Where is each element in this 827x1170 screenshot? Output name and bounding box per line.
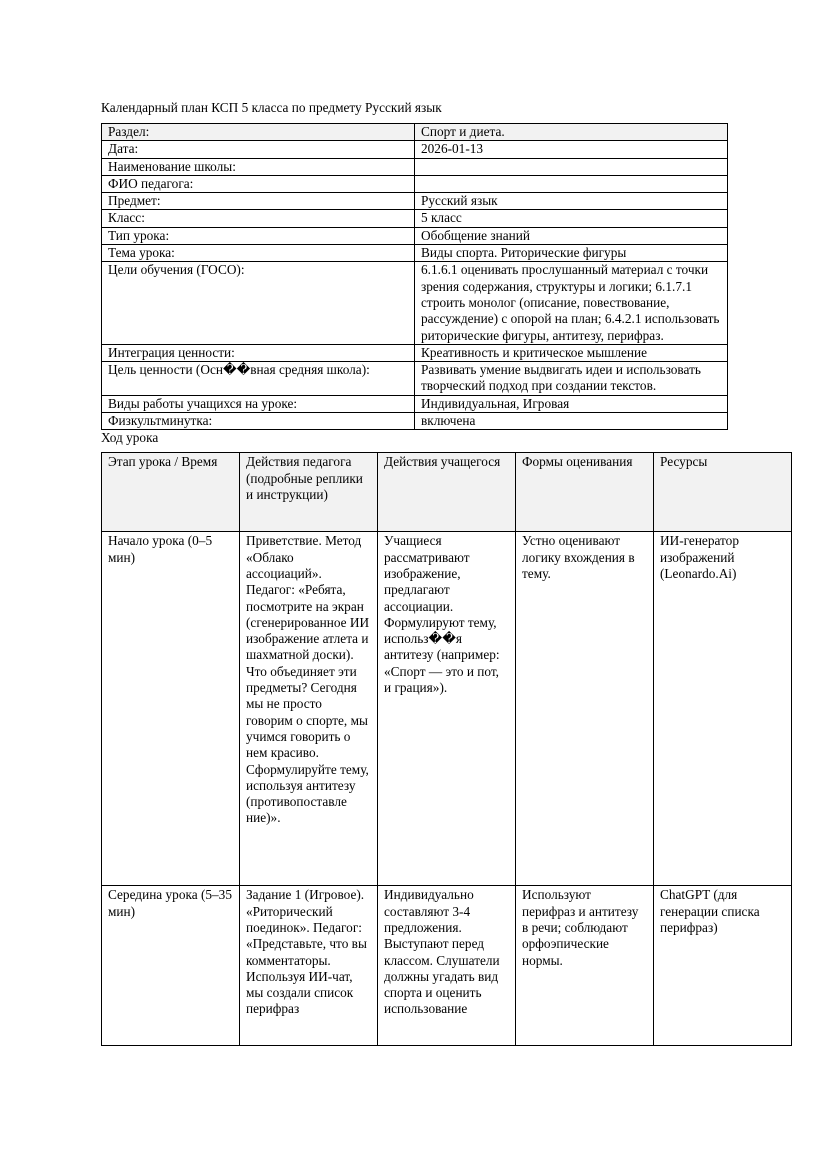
info-value bbox=[415, 175, 728, 192]
header-cell-stage: Этап урока / Время bbox=[102, 453, 240, 532]
cell-resources: ИИ-генератор изображений (Leonardo.Ai) bbox=[654, 532, 792, 886]
info-row: Предмет:Русский язык bbox=[102, 193, 728, 210]
info-row: Дата:2026-01-13 bbox=[102, 141, 728, 158]
info-value: Виды спорта. Риторические фигуры bbox=[415, 245, 728, 262]
cell-resources: ChatGPT (для генерации списка перифраз) bbox=[654, 886, 792, 1046]
info-row: Класс:5 класс bbox=[102, 210, 728, 227]
document-title: Календарный план КСП 5 класса по предмет… bbox=[101, 99, 728, 116]
info-row: Цель ценности (Осн��вная средняя школа):… bbox=[102, 362, 728, 396]
info-value: Креативность и критическое мышление bbox=[415, 344, 728, 361]
info-row: Тип урока:Обобщение знаний bbox=[102, 227, 728, 244]
info-label: Интеграция ценности: bbox=[102, 344, 415, 361]
lesson-table-header-row: Этап урока / Время Действия педагога (по… bbox=[102, 453, 792, 532]
info-value: 5 класс bbox=[415, 210, 728, 227]
info-row: Физкультминутка:включена bbox=[102, 413, 728, 430]
cell-student-actions: Индивидуально составляют 3-4 предложения… bbox=[378, 886, 516, 1046]
info-label: Виды работы учащихся на уроке: bbox=[102, 395, 415, 412]
info-value: 2026-01-13 bbox=[415, 141, 728, 158]
info-label: Цель ценности (Осн��вная средняя школа): bbox=[102, 362, 415, 396]
info-label: Цели обучения (ГОСО): bbox=[102, 262, 415, 344]
info-value: Обобщение знаний bbox=[415, 227, 728, 244]
lesson-info-table: Раздел:Спорт и диета.Дата:2026-01-13Наим… bbox=[101, 123, 728, 430]
info-value: включена bbox=[415, 413, 728, 430]
info-value: Индивидуальная, Игровая bbox=[415, 395, 728, 412]
info-label: Тип урока: bbox=[102, 227, 415, 244]
info-label: Физкультминутка: bbox=[102, 413, 415, 430]
info-value: Развивать умение выдвигать идеи и исполь… bbox=[415, 362, 728, 396]
cell-assessment: Устно оценивают логику вхождения в тему. bbox=[516, 532, 654, 886]
info-row: Виды работы учащихся на уроке:Индивидуал… bbox=[102, 395, 728, 412]
lesson-flow-table: Этап урока / Время Действия педагога (по… bbox=[101, 452, 792, 1046]
info-label: Дата: bbox=[102, 141, 415, 158]
cell-teacher-actions: Приветствие. Метод «Облако ассоциаций». … bbox=[240, 532, 378, 886]
cell-stage: Середина урока (5–35 мин) bbox=[102, 886, 240, 1046]
cell-teacher-actions: Задание 1 (Игровое). «Риторический поеди… bbox=[240, 886, 378, 1046]
header-cell-assessment: Формы оценивания bbox=[516, 453, 654, 532]
cell-stage: Начало урока (0–5 мин) bbox=[102, 532, 240, 886]
info-row: Цели обучения (ГОСО):6.1.6.1 оценивать п… bbox=[102, 262, 728, 344]
info-value: Спорт и диета. bbox=[415, 124, 728, 141]
info-row: Тема урока:Виды спорта. Риторические фиг… bbox=[102, 245, 728, 262]
info-label: Раздел: bbox=[102, 124, 415, 141]
info-value bbox=[415, 158, 728, 175]
info-label: Наименование школы: bbox=[102, 158, 415, 175]
info-label: Класс: bbox=[102, 210, 415, 227]
table-row: Середина урока (5–35 мин) Задание 1 (Игр… bbox=[102, 886, 792, 1046]
info-row: Интеграция ценности:Креативность и крити… bbox=[102, 344, 728, 361]
info-row: ФИО педагога: bbox=[102, 175, 728, 192]
info-row: Наименование школы: bbox=[102, 158, 728, 175]
info-label: ФИО педагога: bbox=[102, 175, 415, 192]
cell-assessment: Используют перифраз и антитезу в речи; с… bbox=[516, 886, 654, 1046]
info-label: Тема урока: bbox=[102, 245, 415, 262]
document-page: Календарный план КСП 5 класса по предмет… bbox=[101, 99, 728, 1046]
info-label: Предмет: bbox=[102, 193, 415, 210]
info-value: Русский язык bbox=[415, 193, 728, 210]
cell-student-actions: Учащиеся рассматривают изображение, пред… bbox=[378, 532, 516, 886]
header-cell-student-actions: Действия учащегося bbox=[378, 453, 516, 532]
info-value: 6.1.6.1 оценивать прослушанный материал … bbox=[415, 262, 728, 344]
info-row: Раздел:Спорт и диета. bbox=[102, 124, 728, 141]
lesson-flow-title: Ход урока bbox=[101, 430, 728, 446]
header-cell-resources: Ресурсы bbox=[654, 453, 792, 532]
table-row: Начало урока (0–5 мин) Приветствие. Мето… bbox=[102, 532, 792, 886]
header-cell-teacher-actions: Действия педагога (подробные реплики и и… bbox=[240, 453, 378, 532]
